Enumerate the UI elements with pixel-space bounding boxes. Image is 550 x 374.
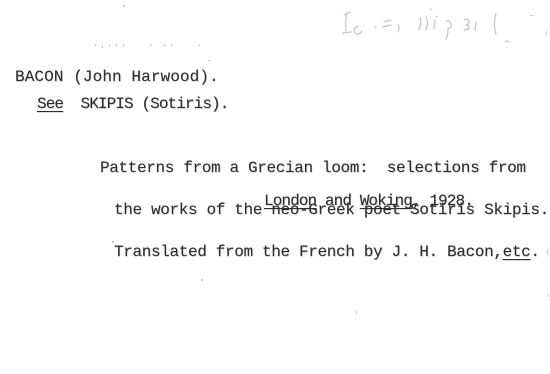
imprint-place-woking: Woking: [360, 192, 412, 210]
paper-speck: [201, 279, 203, 281]
paper-speck: [546, 31, 547, 35]
paper-speck: [123, 5, 125, 7]
see-label: See: [37, 95, 63, 113]
paper-speck: [548, 294, 549, 297]
erased-typed-marks: ·.··· · -· ·: [93, 42, 203, 51]
author-heading: BACON (John Harwood).: [15, 70, 219, 84]
paper-speck: [112, 241, 114, 243]
title-note-line-3-text: Translated from the French by J. H. Baco…: [114, 243, 503, 261]
title-note-line-3: Translated from the French by J. H. Baco…: [100, 245, 549, 259]
imprint-place-london: London: [264, 192, 316, 210]
title-note-line-3-period: .: [530, 243, 539, 261]
etc-abbreviation: etc: [503, 243, 531, 261]
paper-speck: [356, 311, 357, 314]
paper-speck: [530, 15, 533, 16]
imprint-conjunction: and: [316, 192, 360, 210]
see-reference: See SKIPIS (Sotiris).: [37, 97, 228, 111]
paper-speck: [547, 249, 548, 255]
title-note: Patterns from a Grecian loom: selections…: [100, 133, 549, 287]
pencil-annotation: [338, 6, 513, 50]
imprint-year: , 1928.: [412, 192, 473, 210]
imprint-line: London and Woking, 1928.: [264, 194, 473, 208]
paper-speck: [208, 60, 210, 61]
catalog-card: ·.··· · -· · BACON (John Harwood). See S…: [0, 0, 550, 374]
see-gap: [63, 95, 80, 113]
title-note-line-1: Patterns from a Grecian loom: selections…: [100, 161, 549, 175]
see-target: SKIPIS (Sotiris).: [81, 95, 229, 113]
